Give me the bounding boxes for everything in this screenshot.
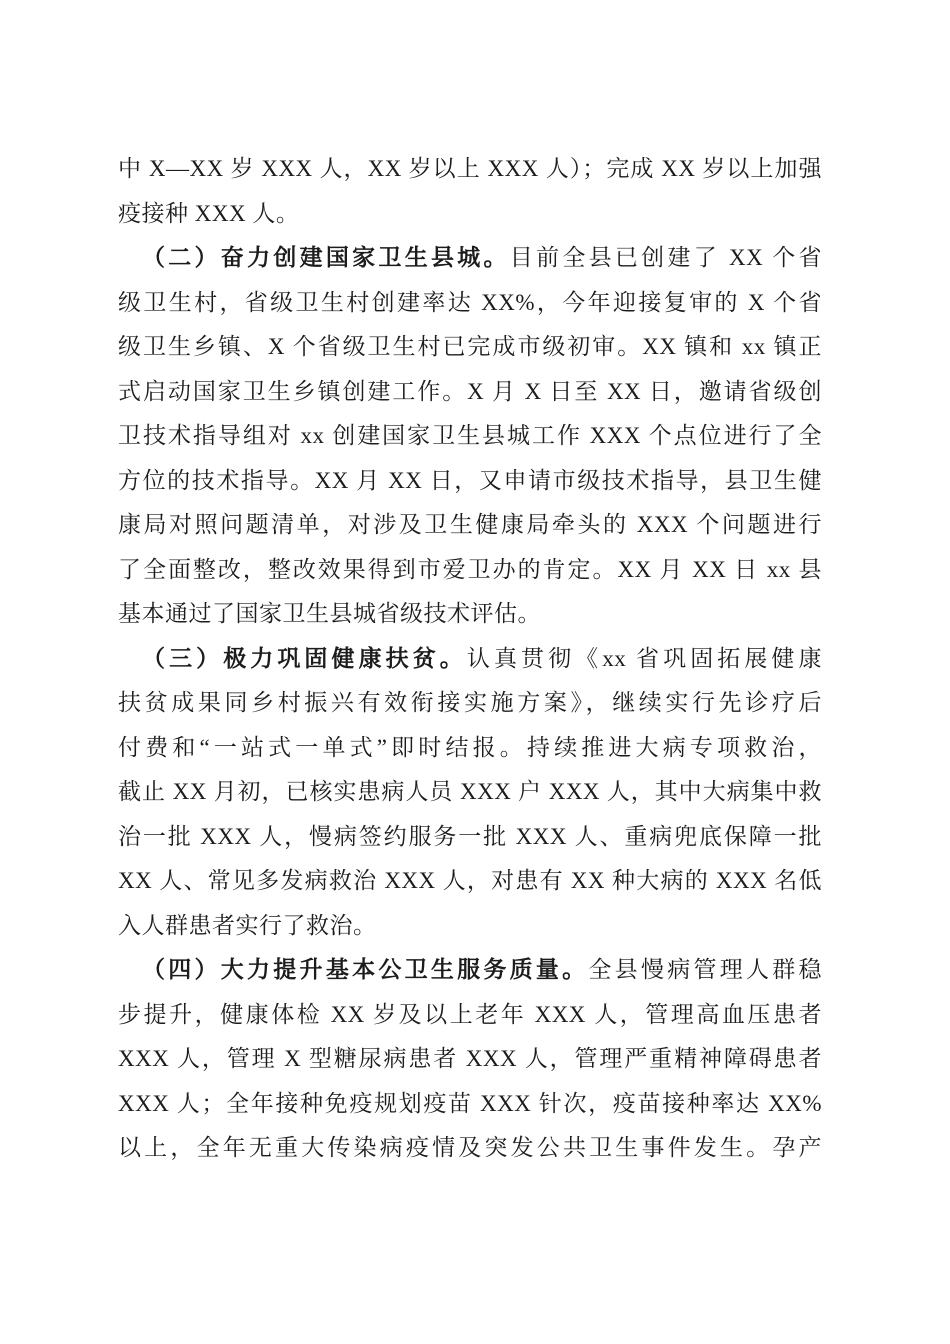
text-line: 级卫生村，省级卫生村创建率达 XX%，今年迎接复审的 X 个省 <box>118 281 822 326</box>
text-line: （二）奋力创建国家卫生县城。目前全县已创建了 XX 个省 <box>118 236 822 281</box>
text-line: 卫技术指导组对 xx 创建国家卫生县城工作 XXX 个点位进行了全 <box>118 414 822 459</box>
text-line: 步提升，健康体检 XX 岁及以上老年 XXX 人，管理高血压患者 <box>118 993 822 1038</box>
body-text-segment: XXX 人；全年接种免疫规划疫苗 XXX 针次，疫苗接种率达 XX% <box>118 1091 822 1116</box>
body-text-segment: 式启动国家卫生乡镇创建工作。X 月 X 日至 XX 日，邀请省级创 <box>118 379 822 404</box>
body-text-segment: 步提升，健康体检 XX 岁及以上老年 XXX 人，管理高血压患者 <box>118 1002 822 1027</box>
text-line: （四）大力提升基本公卫生服务质量。全县慢病管理人群稳 <box>118 948 822 993</box>
text-line: 中 X—XX 岁 XXX 人，XX 岁以上 XXX 人）；完成 XX 岁以上加强… <box>118 147 822 192</box>
text-line: XXX 人；全年接种免疫规划疫苗 XXX 针次，疫苗接种率达 XX% <box>118 1082 822 1127</box>
text-line: 级卫生乡镇、X 个省级卫生村已完成市级初审。XX 镇和 xx 镇正 <box>118 325 822 370</box>
para-3: （三）极力巩固健康扶贫。认真贯彻《xx 省巩固拓展健康扶贫成果同乡村振兴有效衔接… <box>118 637 822 949</box>
body-text-segment: 康局对照问题清单，对涉及卫生健康局牵头的 XXX 个问题进行 <box>118 512 822 537</box>
text-line: XXX 人，管理 X 型糖尿病患者 XXX 人，管理严重精神障碍患者 <box>118 1037 822 1082</box>
document-body: 中 X—XX 岁 XXX 人，XX 岁以上 XXX 人）；完成 XX 岁以上加强… <box>118 147 822 1171</box>
body-text-segment: 入人群患者实行了救治。 <box>118 913 377 938</box>
body-text-segment: 付费和“一站式一单式”即时结报。持续推进大病专项救治， <box>118 735 822 760</box>
body-text-segment: XXX 人，管理 X 型糖尿病患者 XXX 人，管理严重精神障碍患者 <box>118 1046 822 1071</box>
text-line: 方位的技术指导。XX 月 XX 日，又申请市级技术指导，县卫生健 <box>118 459 822 504</box>
text-line: 疫接种 XXX 人。 <box>118 192 822 237</box>
text-line: 扶贫成果同乡村振兴有效衔接实施方案》，继续实行先诊疗后 <box>118 681 822 726</box>
text-line: 式启动国家卫生乡镇创建工作。X 月 X 日至 XX 日，邀请省级创 <box>118 370 822 415</box>
text-line: （三）极力巩固健康扶贫。认真贯彻《xx 省巩固拓展健康 <box>118 637 822 682</box>
body-text-segment: 截止 XX 月初，已核实患病人员 XXX 户 XXX 人，其中大病集中救 <box>118 779 822 804</box>
para-4: （四）大力提升基本公卫生服务质量。全县慢病管理人群稳步提升，健康体检 XX 岁及… <box>118 948 822 1171</box>
body-text-segment: 目前全县已创建了 XX 个省 <box>510 245 822 270</box>
body-text-segment: 认真贯彻《xx 省巩固拓展健康 <box>467 646 822 671</box>
body-text-segment: 扶贫成果同乡村振兴有效衔接实施方案》，继续实行先诊疗后 <box>118 690 822 715</box>
body-text-segment: 疫接种 XXX 人。 <box>118 201 299 226</box>
body-text-segment: 基本通过了国家卫生县城省级技术评估。 <box>118 601 541 626</box>
section-heading-bold: （三）极力巩固健康扶贫。 <box>142 646 467 671</box>
body-text-segment: 卫技术指导组对 xx 创建国家卫生县城工作 XXX 个点位进行了全 <box>118 423 822 448</box>
para-1-continuation: 中 X—XX 岁 XXX 人，XX 岁以上 XXX 人）；完成 XX 岁以上加强… <box>118 147 822 236</box>
para-2: （二）奋力创建国家卫生县城。目前全县已创建了 XX 个省级卫生村，省级卫生村创建… <box>118 236 822 637</box>
section-heading-bold: （二）奋力创建国家卫生县城。 <box>142 245 510 270</box>
body-text-segment: 方位的技术指导。XX 月 XX 日，又申请市级技术指导，县卫生健 <box>118 468 822 493</box>
body-text-segment: 中 X—XX 岁 XXX 人，XX 岁以上 XXX 人）；完成 XX 岁以上加强… <box>118 156 822 192</box>
body-text-segment: 级卫生村，省级卫生村创建率达 XX%，今年迎接复审的 X 个省 <box>118 290 822 315</box>
body-text-segment: 级卫生乡镇、X 个省级卫生村已完成市级初审。XX 镇和 xx 镇正 <box>118 334 822 359</box>
body-text-segment: 全县慢病管理人群稳 <box>588 957 822 982</box>
document-page: 中 X—XX 岁 XXX 人，XX 岁以上 XXX 人）；完成 XX 岁以上加强… <box>0 0 950 1344</box>
text-line: 入人群患者实行了救治。 <box>118 904 822 949</box>
body-text-segment: 了全面整改，整改效果得到市爱卫办的肯定。XX 月 XX 日 xx 县 <box>118 557 822 582</box>
section-heading-bold: （四）大力提升基本公卫生服务质量。 <box>142 957 588 982</box>
text-line: 截止 XX 月初，已核实患病人员 XXX 户 XXX 人，其中大病集中救 <box>118 770 822 815</box>
text-line: 付费和“一站式一单式”即时结报。持续推进大病专项救治， <box>118 726 822 771</box>
body-text-segment: 治一批 XXX 人，慢病签约服务一批 XXX 人、重病兜底保障一批 <box>118 824 822 849</box>
body-text-segment: XX 人、常见多发病救治 XXX 人，对患有 XX 种大病的 XXX 名低收 <box>118 868 822 904</box>
text-line: 康局对照问题清单，对涉及卫生健康局牵头的 XXX 个问题进行 <box>118 503 822 548</box>
text-line: 治一批 XXX 人，慢病签约服务一批 XXX 人、重病兜底保障一批 <box>118 815 822 860</box>
text-line: XX 人、常见多发病救治 XXX 人，对患有 XX 种大病的 XXX 名低收 <box>118 859 822 904</box>
text-line: 了全面整改，整改效果得到市爱卫办的肯定。XX 月 XX 日 xx 县 <box>118 548 822 593</box>
body-text-segment: 以上，全年无重大传染病疫情及突发公共卫生事件发生。孕产 <box>118 1135 822 1160</box>
text-line: 以上，全年无重大传染病疫情及突发公共卫生事件发生。孕产 <box>118 1126 822 1171</box>
text-line: 基本通过了国家卫生县城省级技术评估。 <box>118 592 822 637</box>
